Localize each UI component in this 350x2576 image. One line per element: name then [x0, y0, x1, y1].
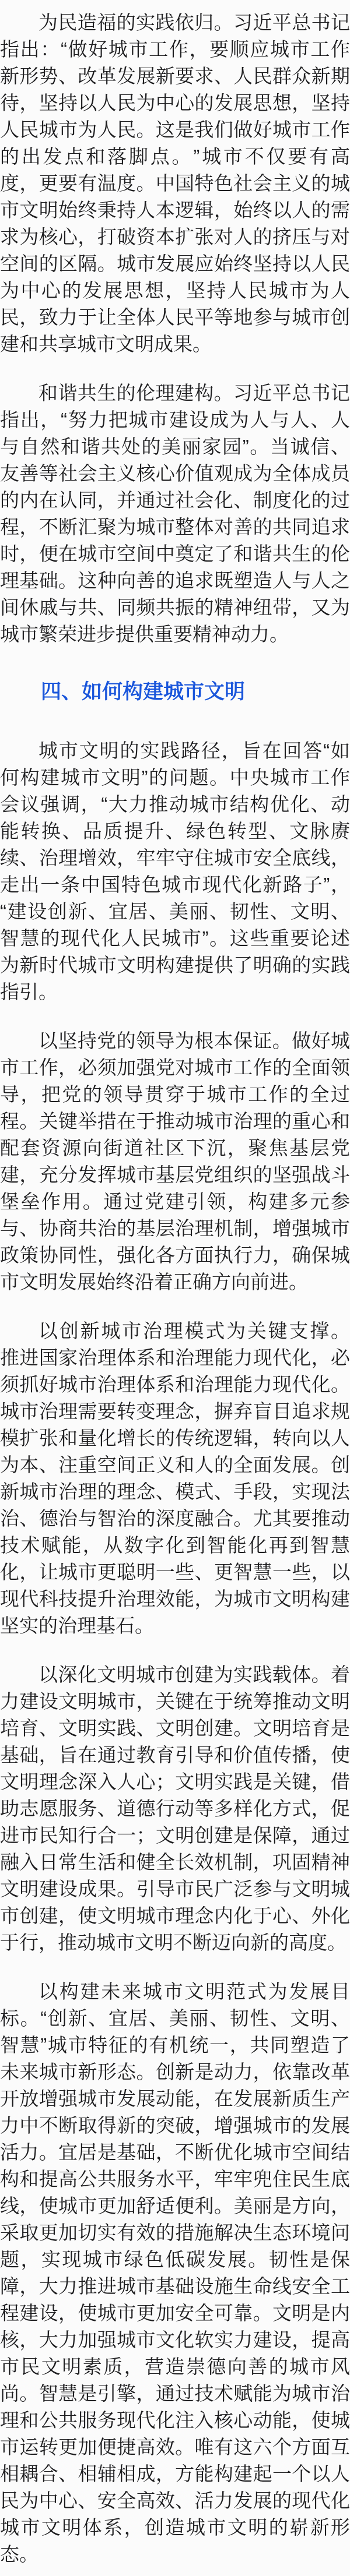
paragraph: 以创新城市治理模式为关键支撑。 推进国家治理体系和治理能力现代化，必须抓好城市治… [0, 1318, 350, 1639]
paragraph: 以深化文明城市创建为实践载体。着力建设文明城市，关键在于统筹推动文明培育、文明实… [0, 1661, 350, 1956]
article-page: 为民造福的实践依归。习近平总书记指出：“做好城市工作，要顺应城市工作新形势、改革… [0, 0, 350, 2576]
paragraph: 城市文明的实践路径，旨在回答“如何构建城市文明”的问题。中央城市工作会议强调，“… [0, 737, 350, 1005]
section-heading: 四、如何构建城市文明 [0, 678, 350, 706]
paragraph: 和谐共生的伦理建构。习近平总书记指出，“努力把城市建设成为人与人、人与自然和谐共… [0, 380, 350, 648]
paragraph: 以构建未来城市文明范式为发展目标。“创新、宜居、美丽、韧性、文明、智慧”城市特征… [0, 1978, 350, 2568]
paragraph: 为民造福的实践依归。习近平总书记指出：“做好城市工作，要顺应城市工作新形势、改革… [0, 9, 350, 358]
paragraph: 以坚持党的领导为根本保证。做好城市工作，必须加强党对城市工作的全面领导，把党的领… [0, 1028, 350, 1296]
